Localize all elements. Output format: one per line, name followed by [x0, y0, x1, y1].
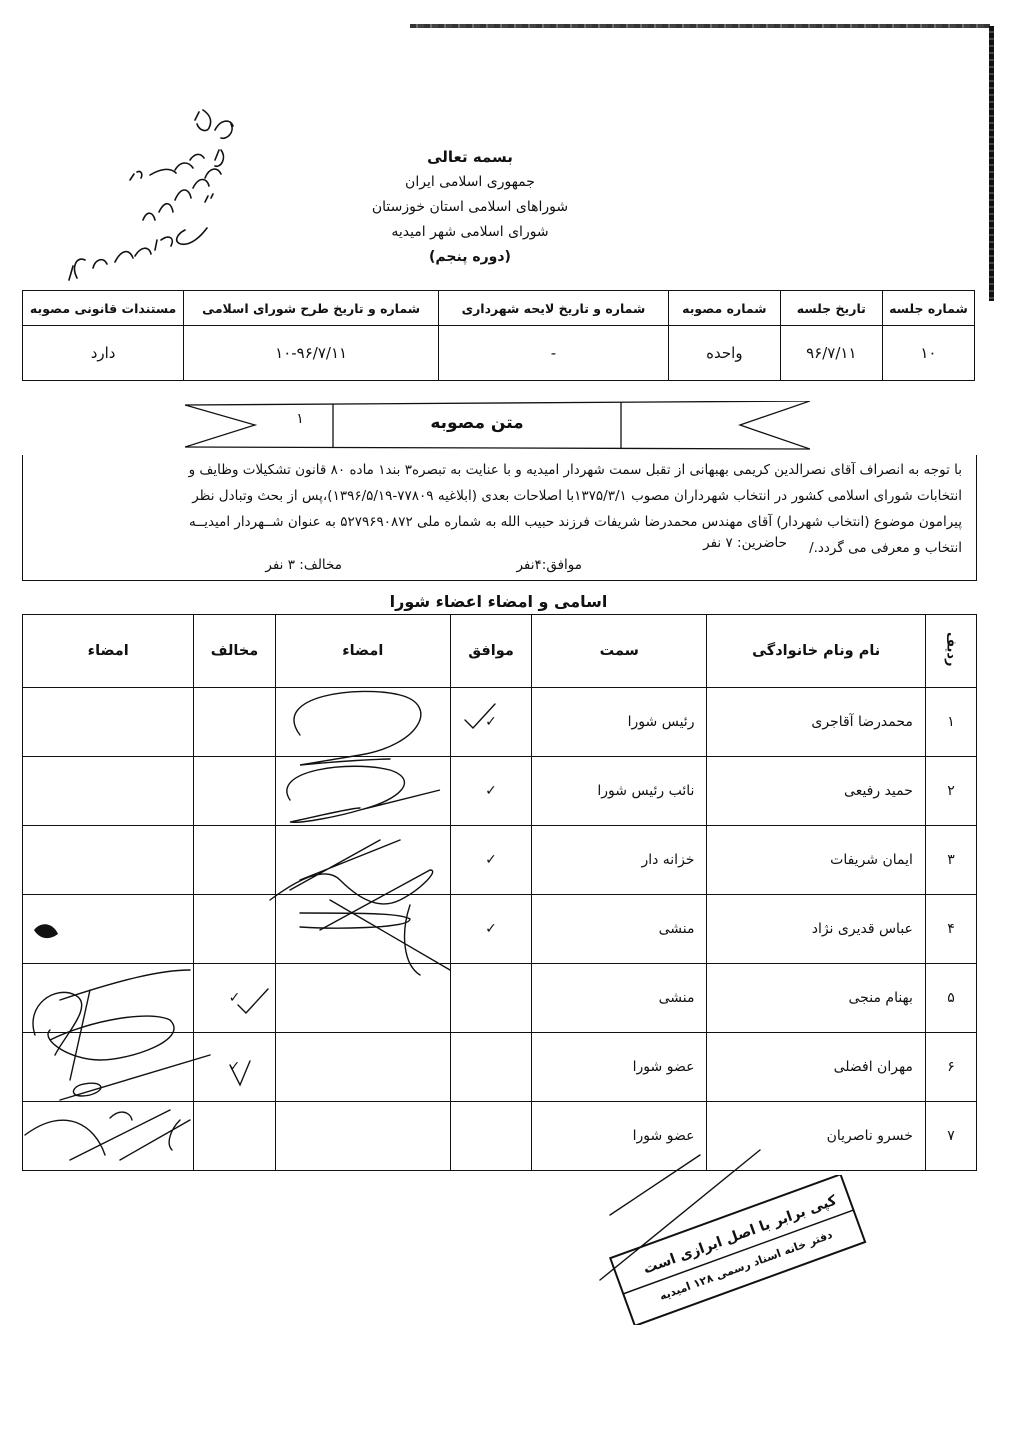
signature-member-1 [294, 691, 421, 765]
checkmark-icon [238, 989, 268, 1013]
signature-member-7 [25, 1110, 190, 1160]
signature-member-3 [270, 840, 433, 930]
signature-scribbles [0, 0, 1024, 1443]
signature-member-4 [300, 900, 450, 975]
signature-member-2 [287, 766, 440, 822]
signature-member-5 [33, 970, 210, 1100]
paper-punch-mark-icon [34, 924, 58, 938]
checkmark-icon [230, 1061, 250, 1085]
checkmark-icon [465, 704, 495, 728]
notary-stamp: کپی برابر با اصل ابرازی است دفتر خانه اس… [600, 1175, 870, 1325]
